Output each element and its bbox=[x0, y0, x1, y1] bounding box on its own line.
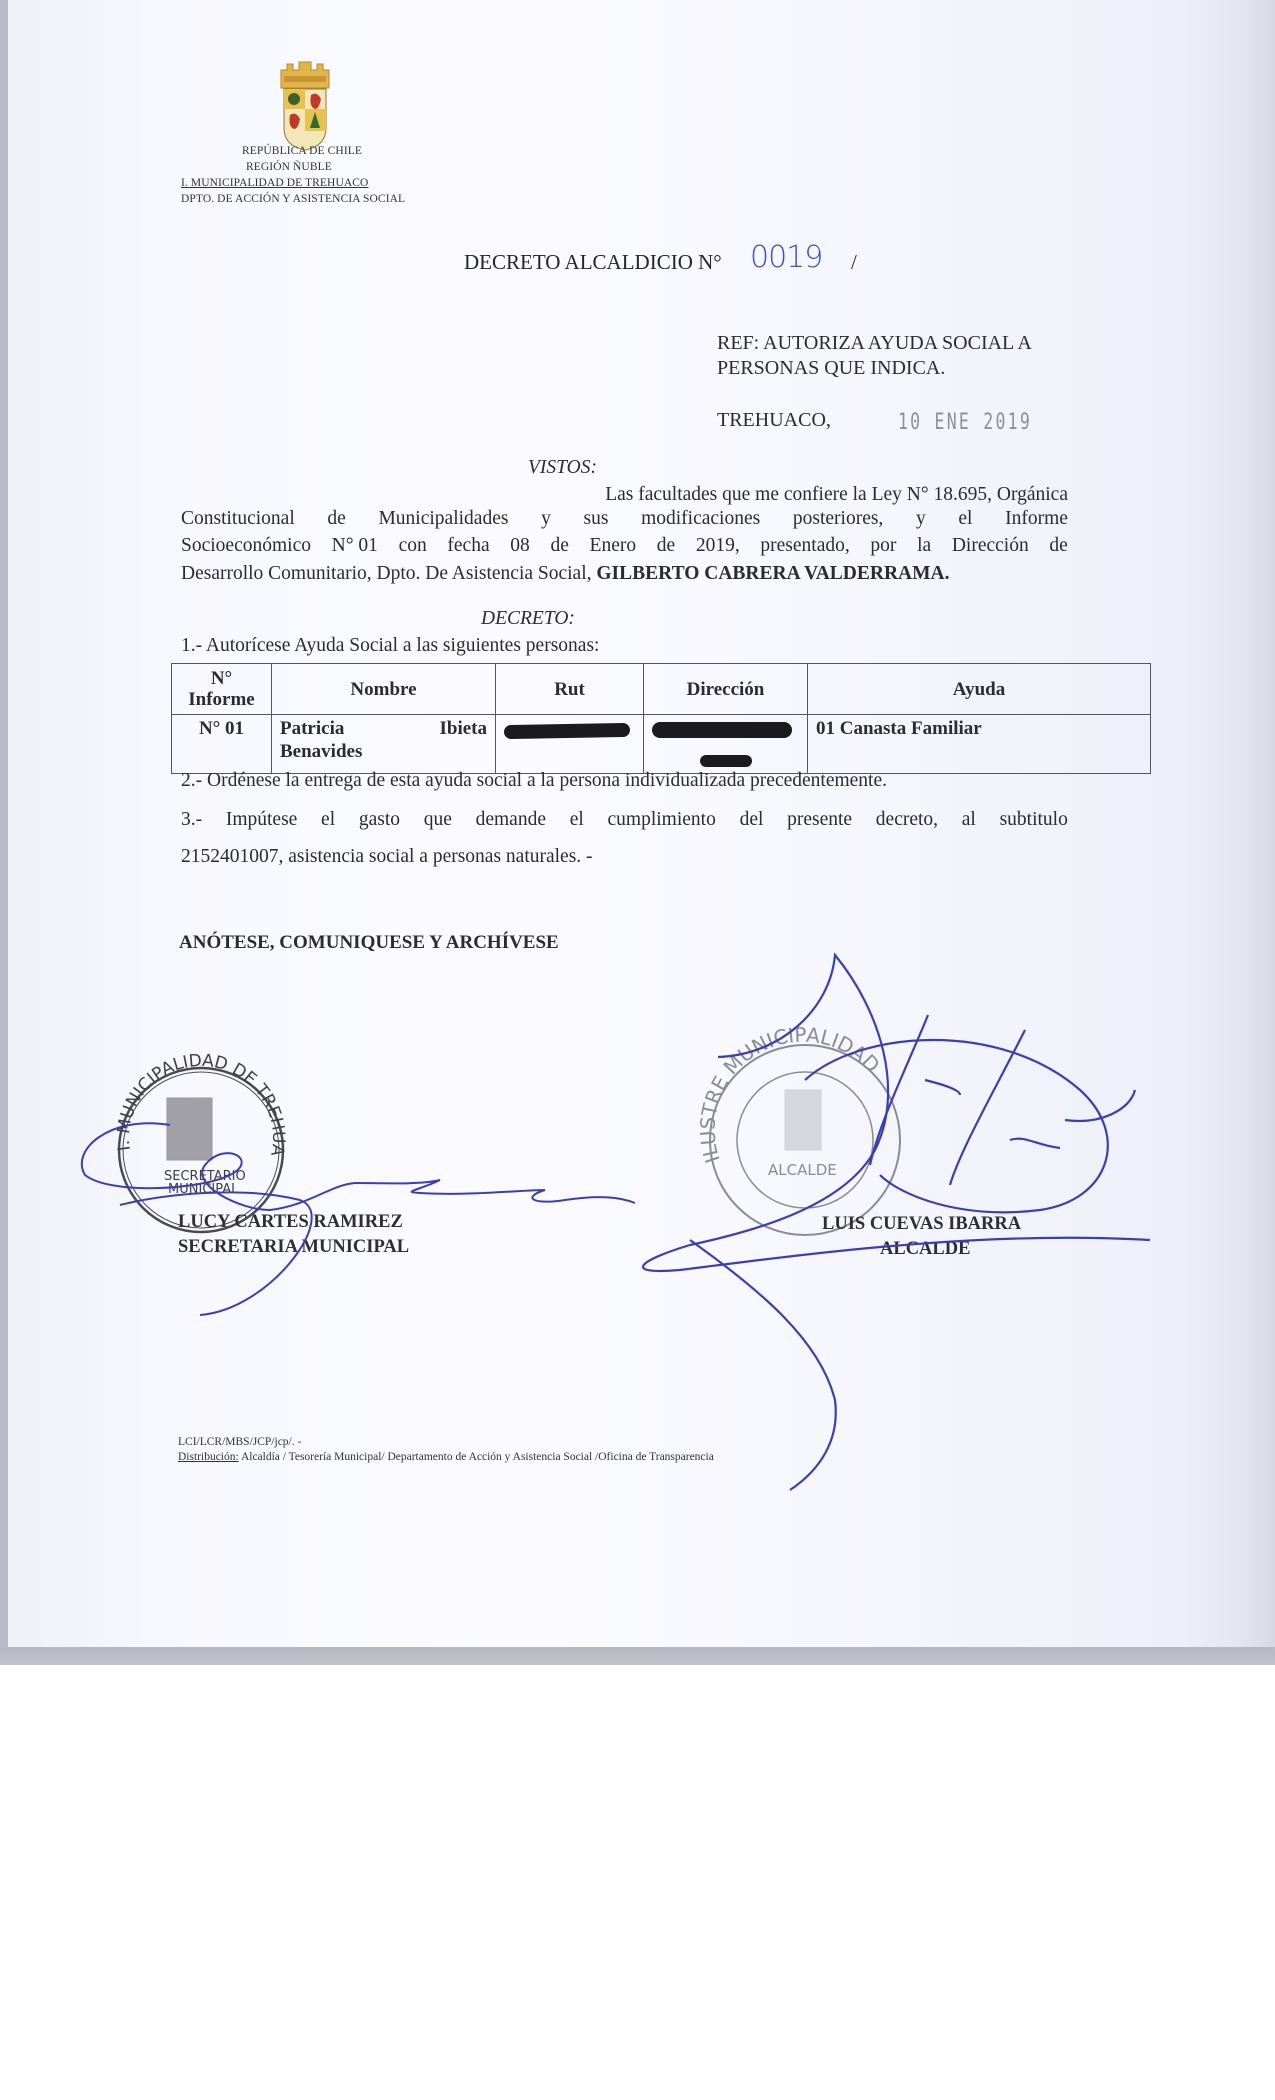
secretary-role: SECRETARIA MUNICIPAL bbox=[178, 1237, 409, 1258]
header-region: REGIÓN ÑUBLE bbox=[246, 159, 332, 175]
secretary-name: LUCY CARTES RAMIREZ bbox=[178, 1212, 403, 1233]
decreto-item-3-line-2: 2152401007, asistencia social a personas… bbox=[181, 846, 593, 868]
mayor-name: LUIS CUEVAS IBARRA bbox=[822, 1214, 1021, 1235]
word: el bbox=[958, 508, 972, 530]
distribution-list: Alcaldía / Tesorería Municipal/ Departam… bbox=[239, 1451, 714, 1463]
word: Municipalidades bbox=[378, 508, 508, 530]
word: de bbox=[327, 508, 345, 530]
word: de bbox=[1049, 535, 1067, 557]
word: 3.- bbox=[181, 809, 202, 831]
word: presentado, bbox=[760, 535, 849, 557]
word: posteriores, bbox=[793, 508, 883, 530]
word: fecha bbox=[447, 535, 489, 557]
cell-informe: N° 01 bbox=[172, 715, 272, 774]
vistos-heading: VISTOS: bbox=[528, 457, 597, 479]
decree-title: DECRETO ALCALDICIO N° bbox=[464, 250, 722, 275]
word: Dirección bbox=[952, 535, 1029, 557]
decreto-heading: DECRETO: bbox=[481, 608, 575, 630]
decree-number-handwritten: 0019 bbox=[750, 240, 822, 275]
date-stamp: 10 ENE 2019 bbox=[898, 410, 1032, 435]
cell-ayuda: 01 Canasta Familiar bbox=[808, 715, 1151, 774]
word: Informe bbox=[1005, 508, 1068, 530]
cell-nombre: Patricia Ibieta Benavides bbox=[272, 715, 496, 774]
word: Socioeconómico bbox=[181, 535, 311, 557]
word: N° 01 bbox=[332, 535, 378, 557]
cell-direccion-redacted bbox=[644, 715, 808, 774]
vistos-line-3: SocioeconómicoN° 01confecha08deEnerode20… bbox=[181, 535, 1068, 557]
word: con bbox=[399, 535, 427, 557]
word: sus bbox=[584, 508, 609, 530]
word: el bbox=[321, 809, 335, 831]
vistos-line-2: ConstitucionaldeMunicipalidadesysusmodif… bbox=[181, 508, 1068, 530]
scan-edge-left bbox=[0, 0, 8, 1648]
vistos-line-4: Desarrollo Comunitario, Dpto. De Asisten… bbox=[181, 563, 950, 585]
decree-title-prefix: DECRETO ALCALDICIO N° bbox=[464, 250, 722, 274]
footer-distribution: Distribución: Alcaldía / Tesorería Munic… bbox=[178, 1451, 714, 1463]
word: demande bbox=[476, 809, 546, 831]
col-header-direccion: Dirección bbox=[644, 664, 808, 715]
word: del bbox=[740, 809, 764, 831]
word: que bbox=[424, 809, 452, 831]
ref-line-1: REF: AUTORIZA AYUDA SOCIAL A bbox=[717, 331, 1032, 356]
word: cumplimiento bbox=[608, 809, 716, 831]
closing-formula: ANÓTESE, COMUNIQUESE Y ARCHÍVESE bbox=[179, 932, 559, 954]
decreto-item-3: 3.-Impúteseelgastoquedemandeelcumplimien… bbox=[181, 809, 1068, 831]
word: el bbox=[570, 809, 584, 831]
word: la bbox=[917, 535, 931, 557]
word: Enero bbox=[590, 535, 637, 557]
word: y bbox=[541, 508, 551, 530]
word: de bbox=[550, 535, 568, 557]
decreto-item-1: 1.- Autorícese Ayuda Social a las siguie… bbox=[181, 635, 599, 657]
col-header-rut: Rut bbox=[496, 664, 644, 715]
ref-line-2: PERSONAS QUE INDICA. bbox=[717, 356, 945, 381]
word: 2019, bbox=[696, 535, 740, 557]
table-row: N° 01 Patricia Ibieta Benavides 01 Canas… bbox=[172, 715, 1151, 774]
redaction-mark bbox=[700, 755, 752, 767]
vistos-line-4-text: Desarrollo Comunitario, Dpto. De Asisten… bbox=[181, 563, 592, 584]
col-header-ayuda: Ayuda bbox=[808, 664, 1151, 715]
vistos-line-1: Las facultades que me confiere la Ley N°… bbox=[528, 484, 1068, 506]
header-municipality: I. MUNICIPALIDAD DE TREHUACO bbox=[181, 175, 368, 191]
word: 08 bbox=[510, 535, 530, 557]
header-country: REPÚBLICA DE CHILE bbox=[242, 143, 362, 159]
word: al bbox=[962, 809, 976, 831]
redaction-mark bbox=[504, 723, 630, 739]
word: por bbox=[870, 535, 896, 557]
decree-title-slash: / bbox=[851, 250, 857, 275]
word: subtitulo bbox=[1000, 809, 1068, 831]
beneficiaries-table: N° Informe Nombre Rut Dirección Ayuda N°… bbox=[171, 663, 1151, 774]
report-author-name: GILBERTO CABRERA VALDERRAMA. bbox=[596, 563, 949, 584]
word: Constitucional bbox=[181, 508, 295, 530]
word: modificaciones bbox=[641, 508, 760, 530]
word: decreto, bbox=[876, 809, 938, 831]
redaction-mark bbox=[652, 722, 792, 738]
header-department: DPTO. DE ACCIÓN Y ASISTENCIA SOCIAL bbox=[181, 191, 405, 207]
place-label: TREHUACO, bbox=[717, 408, 831, 433]
word: de bbox=[657, 535, 675, 557]
footer-initials: LCI/LCR/MBS/JCP/jcp/. - bbox=[178, 1436, 301, 1448]
scan-edge-bottom bbox=[0, 1647, 1275, 1665]
word: Impútese bbox=[226, 809, 297, 831]
word: presente bbox=[787, 809, 852, 831]
word: gasto bbox=[359, 809, 400, 831]
col-header-informe: N° Informe bbox=[172, 664, 272, 715]
cell-rut-redacted bbox=[496, 715, 644, 774]
distribution-label: Distribución: bbox=[178, 1451, 239, 1463]
decreto-item-2: 2.- Ordénese la entrega de esta ayuda so… bbox=[181, 770, 887, 792]
table-header-row: N° Informe Nombre Rut Dirección Ayuda bbox=[172, 664, 1151, 715]
word: y bbox=[916, 508, 926, 530]
mayor-role: ALCALDE bbox=[880, 1239, 970, 1260]
col-header-nombre: Nombre bbox=[272, 664, 496, 715]
